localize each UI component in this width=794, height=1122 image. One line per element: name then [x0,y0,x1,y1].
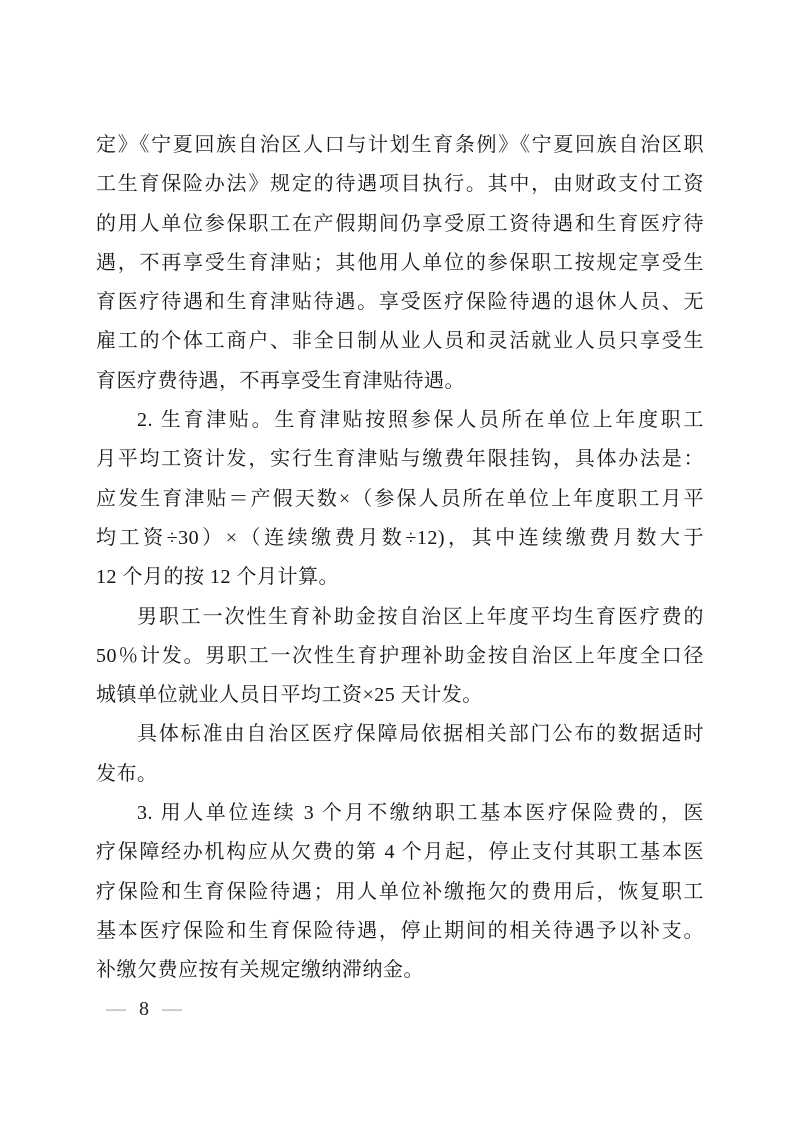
text-line: 应发生育津贴＝产假天数×（参保人员所在单位上年度职工月平 [96,480,704,519]
text-line: 男职工一次性生育补助金按自治区上年度平均生育医疗费的 [96,598,704,637]
page-number-dash-right: — [162,996,182,1022]
text-line: 3. 用人单位连续 3 个月不缴纳职工基本医疗保险费的，医 [96,794,704,833]
text-line: 定》《宁夏回族自治区人口与计划生育条例》《宁夏回族自治区职 [96,126,704,165]
page-number: — 8 — [106,994,182,1024]
text-line: 2. 生育津贴。生育津贴按照参保人员所在单位上年度职工 [96,401,704,440]
text-line: 雇工的个体工商户、非全日制从业人员和灵活就业人员只享受生 [96,322,704,361]
text-line: 月平均工资计发，实行生育津贴与缴费年限挂钩，具体办法是： [96,440,704,479]
text-line: 遇，不再享受生育津贴；其他用人单位的参保职工按规定享受生 [96,244,704,283]
text-line: 发布。 [96,755,704,794]
page-number-value: 8 [139,994,149,1024]
text-line: 的用人单位参保职工在产假期间仍享受原工资待遇和生育医疗待 [96,205,704,244]
text-line: 育医疗费待遇，不再享受生育津贴待遇。 [96,362,704,401]
document-body: 定》《宁夏回族自治区人口与计划生育条例》《宁夏回族自治区职 工生育保险办法》规定… [96,126,704,991]
text-line: 50％计发。男职工一次性生育护理补助金按自治区上年度全口径 [96,637,704,676]
text-line: 疗保险和生育保险待遇；用人单位补缴拖欠的费用后，恢复职工 [96,873,704,912]
document-page: 定》《宁夏回族自治区人口与计划生育条例》《宁夏回族自治区职 工生育保险办法》规定… [0,0,794,1122]
text-line: 均工资÷30）×（连续缴费月数÷12)，其中连续缴费月数大于 [96,519,704,558]
page-number-dash-left: — [106,996,126,1022]
text-line: 工生育保险办法》规定的待遇项目执行。其中，由财政支付工资 [96,165,704,204]
text-line: 基本医疗保险和生育保险待遇，停止期间的相关待遇予以补支。 [96,912,704,951]
text-line: 具体标准由自治区医疗保障局依据相关部门公布的数据适时 [96,715,704,754]
text-line: 育医疗待遇和生育津贴待遇。享受医疗保险待遇的退休人员、无 [96,283,704,322]
text-line: 补缴欠费应按有关规定缴纳滞纳金。 [96,951,704,990]
text-line: 城镇单位就业人员日平均工资×25 天计发。 [96,676,704,715]
text-line: 疗保障经办机构应从欠费的第 4 个月起，停止支付其职工基本医 [96,833,704,872]
text-line: 12 个月的按 12 个月计算。 [96,558,704,597]
